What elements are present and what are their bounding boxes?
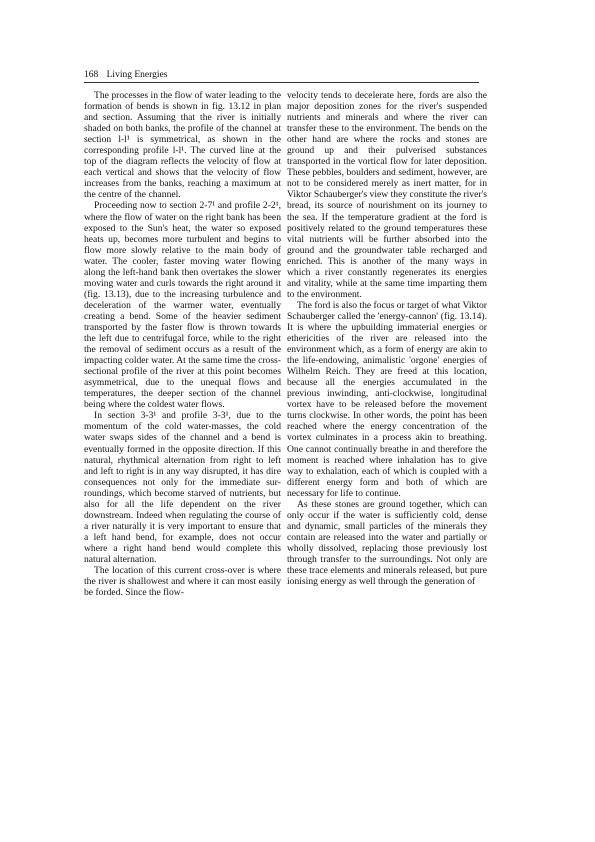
book-page: 168 Living Energies The processes in the… (0, 0, 595, 842)
paragraph: The ford is also the focus or target of … (287, 300, 487, 499)
paragraph: Proceeding now to section 2-7¹ and profi… (84, 200, 281, 410)
right-column: velocity tends to decelerate here, fords… (287, 90, 487, 587)
paragraph: The location of this current cross-over … (84, 565, 281, 598)
page-number: 168 (84, 70, 98, 80)
paragraph: In section 3-3¹ and profile 3-3¹, due to… (84, 410, 281, 565)
running-title: Living Energies (107, 70, 168, 80)
running-header: 168 Living Energies (84, 70, 479, 83)
paragraph: The processes in the flow of water leadi… (84, 90, 281, 200)
paragraph-continued: velocity tends to decelerate here, fords… (287, 90, 487, 300)
paragraph: As these stones are ground together, whi… (287, 499, 487, 587)
left-column: The processes in the flow of water leadi… (84, 90, 281, 598)
